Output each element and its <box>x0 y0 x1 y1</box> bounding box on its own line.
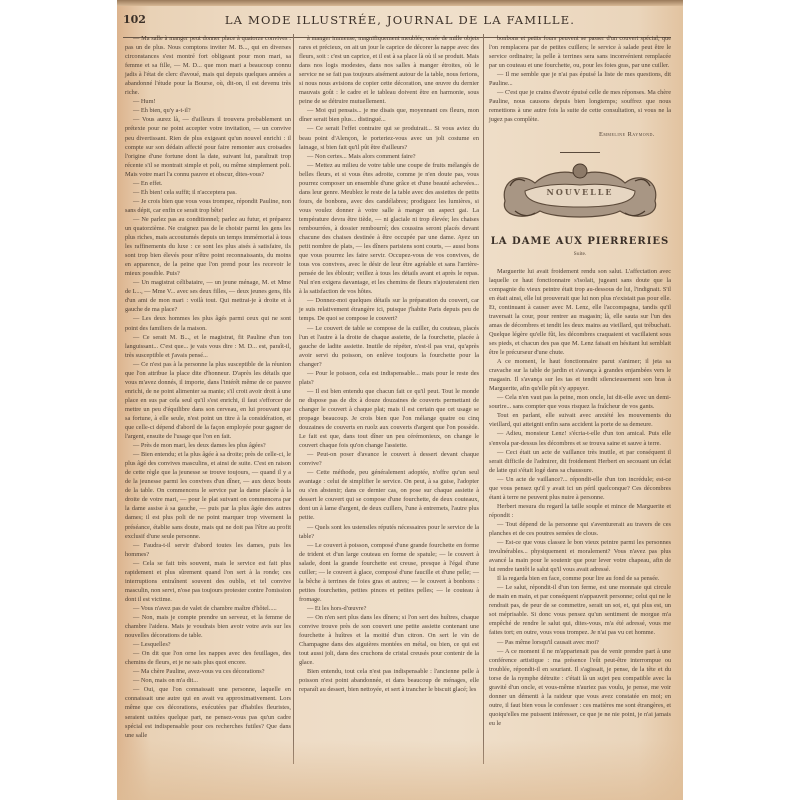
paragraph: Bien entendu, tout cela n'est pas indisp… <box>299 667 479 694</box>
paragraph: Tout en parlant, elle suivait avec anxié… <box>489 411 671 429</box>
paragraph: — Cela n'en vaut pas la peine, mon oncle… <box>489 393 671 411</box>
paragraph: — C'est que je crains d'avoir épuisé cel… <box>489 88 671 124</box>
paragraph: — Et les hors-d'œuvre? <box>299 604 479 613</box>
paragraph: — En effet. <box>125 179 291 188</box>
paragraph: — Il est bien entendu que chacun fait ce… <box>299 387 479 450</box>
paragraph: — Il me semble que je n'ai pas épuisé la… <box>489 70 671 88</box>
page-header: 102 LA MODE ILLUSTRÉE, JOURNAL DE LA FAM… <box>117 10 683 30</box>
paragraph: — Le salut, répondit-il d'un ton ferme, … <box>489 583 671 637</box>
paragraph: — Non, mais on m'a dit... <box>125 676 291 685</box>
paragraph: — Vous n'avez pas de valet de chambre ma… <box>125 604 291 613</box>
story-text: Marguerite lui avait froidement rendu so… <box>489 267 671 728</box>
paragraph: — Ma chère Pauline, avez-vous vu ces déc… <box>125 667 291 676</box>
column-divider <box>293 34 294 764</box>
paragraph: — Faudra-t-il servir d'abord toutes les … <box>125 541 291 559</box>
paragraph: — Non, mais je compte prendre un serveur… <box>125 613 291 640</box>
paragraph: — Le couvert de table se compose de la c… <box>299 324 479 369</box>
paragraph: — On n'en sert plus dans les dîners; si … <box>299 613 479 667</box>
paragraph: — Ce n'est pas à la personne la plus sus… <box>125 360 291 441</box>
journal-title: LA MODE ILLUSTRÉE, JOURNAL DE LA FAMILLE… <box>117 13 683 27</box>
paragraph: — Un magistrat célibataire, — un jeune m… <box>125 278 291 314</box>
column-3: bonbons et petits fours peuvent se passe… <box>489 34 671 728</box>
paragraph: — Oui, que l'on connaissait une personne… <box>125 685 291 739</box>
paragraph: — Eh bien! cela suffit; il n'acceptera p… <box>125 188 291 197</box>
paragraph: — Pour le poisson, cela est indispensabl… <box>299 369 479 387</box>
ornament-label: NOUVELLE <box>495 188 665 197</box>
paragraph: — Quels sont les ustensiles réputés néce… <box>299 523 479 541</box>
paragraph: — On dit que l'on orne les nappes avec d… <box>125 649 291 667</box>
paragraph: — Est-ce que vous classez le bon vieux p… <box>489 538 671 574</box>
paragraph: — Ce serait M. B..., et le magistrat, fi… <box>125 333 291 360</box>
paragraph: — Donnez-moi quelques détails sur la pré… <box>299 296 479 323</box>
paragraph: — Le couvert à poisson, composé d'une gr… <box>299 541 479 604</box>
paragraph: — Cela se fait très souvent, mais le ser… <box>125 559 291 604</box>
paragraph: — Tout dépend de la personne qui s'avent… <box>489 520 671 538</box>
author-signature: Emmeline Raymond. <box>489 130 655 139</box>
paragraph: — Bien entendu; et la plus âgée à sa dro… <box>125 450 291 540</box>
paragraph: — Lesquelles? <box>125 640 291 649</box>
paragraph: — Peut-on poser d'avance le couvert à de… <box>299 450 479 468</box>
paragraph: — Hum! <box>125 97 291 106</box>
column-2: à manger immense, magnifiquement meublée… <box>299 34 479 694</box>
paragraph: — Ne parlez pas au conditionnel; parlez … <box>125 215 291 278</box>
column-divider <box>483 34 484 764</box>
story-title: LA DAME AUX PIERRERIES <box>489 237 671 246</box>
paragraph: — Près de mon mari, les deux dames les p… <box>125 441 291 450</box>
section-rule <box>560 152 600 153</box>
paragraph: à manger immense, magnifiquement meublée… <box>299 34 479 106</box>
paragraph: — Les deux hommes les plus âgés parmi ce… <box>125 314 291 332</box>
paragraph: Marguerite lui avait froidement rendu so… <box>489 267 671 357</box>
paragraph: — A ce moment il ne m'appartenait pas de… <box>489 647 671 728</box>
paragraph: — Pas même lorsqu'il causait avec moi? <box>489 638 671 647</box>
paragraph: bonbons et petits fours peuvent se passe… <box>489 34 671 70</box>
paragraph: — Ce serait l'effet contraire qui se pro… <box>299 124 479 151</box>
paragraph: — Cette méthode, peu généralement adopté… <box>299 468 479 522</box>
nouvelle-ornament-banner: NOUVELLE <box>495 161 665 225</box>
paragraph: — Adieu, monsieur Lenz! s'écria-t-elle d… <box>489 429 671 447</box>
paragraph: — Eh bien, qu'y a-t-il? <box>125 106 291 115</box>
paragraph: Il la regarda bien en face, comme pour l… <box>489 574 671 583</box>
paragraph: — Ceci était un acte de vaillance très i… <box>489 448 671 475</box>
paragraph: — Mettez au milieu de votre table une co… <box>299 161 479 297</box>
paragraph: — Moi qui pensais... je me disais que, m… <box>299 106 479 124</box>
column-1: — Ma salle à manger peut donner place à … <box>125 34 291 740</box>
article-end-text: bonbons et petits fours peuvent se passe… <box>489 34 671 124</box>
story-subtitle: Suite. <box>489 250 671 259</box>
paragraph: — Ma salle à manger peut donner place à … <box>125 34 291 97</box>
paragraph: — Vous aurez là, — d'ailleurs il trouver… <box>125 115 291 178</box>
paragraph: Herbert mesura du regard la taille soupl… <box>489 502 671 520</box>
paragraph: — Je crois bien que vous vous trompez, r… <box>125 197 291 215</box>
paragraph: A ce moment, le haut fonctionnaire parut… <box>489 357 671 393</box>
newspaper-page: 102 LA MODE ILLUSTRÉE, JOURNAL DE LA FAM… <box>117 0 683 800</box>
paragraph: — Un acte de vaillance?... répondit-elle… <box>489 475 671 502</box>
paragraph: — Non certes... Mais alors comment faire… <box>299 152 479 161</box>
